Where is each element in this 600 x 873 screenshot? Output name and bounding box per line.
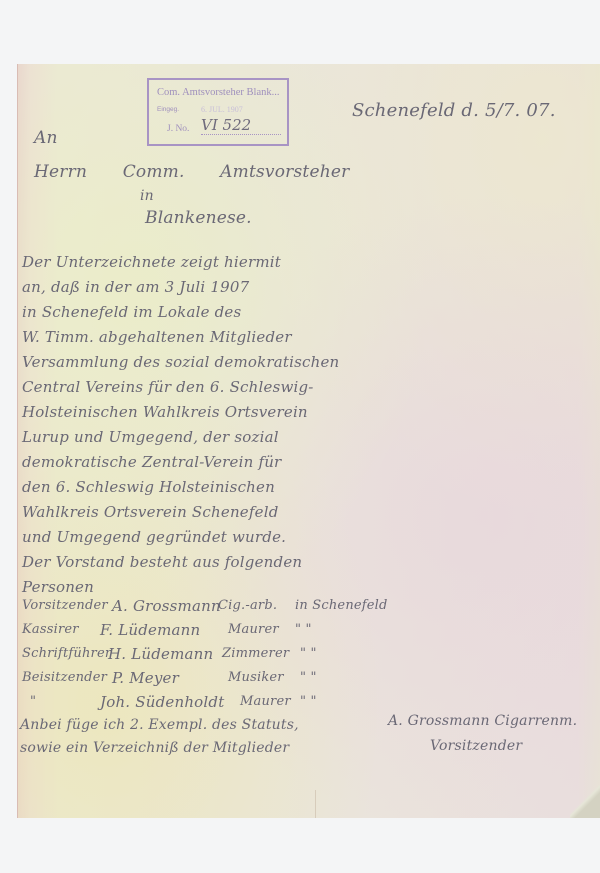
recipient-line-2: Herrn Comm. Amtsvorsteher [34, 162, 349, 182]
member-name: A. Grossmann [112, 597, 221, 615]
body-line: Holsteinischen Wahlkreis Ortsverein [22, 403, 308, 421]
signature-title: Vorsitzender [430, 738, 522, 754]
member-name: Joh. Südenholdt [100, 693, 224, 711]
member-place: in Schenefeld [295, 598, 388, 613]
body-line: den 6. Schleswig Holsteinischen [22, 478, 275, 496]
recipient-line-1: An [34, 128, 58, 148]
stamp-journal-number: VI 522 [201, 116, 281, 135]
body-line: an, daß in der am 3 Juli 1907 [22, 278, 249, 296]
body-line: Der Unterzeichnete zeigt hiermit [22, 253, 281, 271]
body-line: in Schenefeld im Lokale des [22, 303, 241, 321]
body-line: Central Vereins für den 6. Schleswig- [22, 378, 314, 396]
member-role: " [30, 694, 36, 709]
signature-name: A. Grossmann Cigarrenm. [388, 713, 577, 729]
body-line: Versammlung des sozial demokratischen [22, 353, 339, 371]
body-line: Der Vorstand besteht aus folgenden [22, 553, 302, 571]
member-occupation: Musiker [228, 670, 284, 685]
body-line: und Umgegend gegründet wurde. [22, 528, 286, 546]
member-name: P. Meyer [112, 669, 179, 687]
closing-line: Anbei füge ich 2. Exempl. des Statuts, [20, 717, 299, 733]
body-line: Personen [22, 578, 94, 596]
body-line: demokratische Zentral-Verein für [22, 453, 281, 471]
member-name: F. Lüdemann [100, 621, 200, 639]
body-line: W. Timm. abgehaltenen Mitglieder [22, 328, 292, 346]
member-place: " " [300, 646, 317, 661]
member-occupation: Maurer [240, 694, 291, 709]
member-occupation: Maurer [228, 622, 279, 637]
recipient-line-4: Blankenese. [145, 208, 252, 228]
stamp-received-label: Eingeg. [157, 106, 179, 113]
stamp-office: Com. Amtsvorsteher Blank... [157, 87, 280, 98]
paper-corner-tear [570, 785, 600, 818]
member-name: H. Lüdemann [108, 645, 213, 663]
closing-line: sowie ein Verzeichniß der Mitglieder [20, 740, 289, 756]
place-date: Schenefeld d. 5/7. 07. [352, 100, 556, 121]
member-role: Vorsitzender [22, 598, 108, 613]
member-occupation: Cig.-arb. [218, 598, 277, 613]
body-line: Wahlkreis Ortsverein Schenefeld [22, 503, 279, 521]
stamp-received-date: 6. JUL. 1907 [201, 105, 243, 114]
member-role: Schriftführer [22, 646, 111, 661]
member-place: " " [300, 670, 317, 685]
member-place: " " [295, 622, 312, 637]
stamp-journal-label: J. No. [167, 124, 189, 134]
member-place: " " [300, 694, 317, 709]
receipt-stamp: Com. Amtsvorsteher Blank... Eingeg. 6. J… [147, 78, 289, 146]
member-role: Beisitzender [22, 670, 107, 685]
recipient-line-3: in [140, 188, 154, 204]
member-occupation: Zimmerer [222, 646, 289, 661]
body-line: Lurup und Umgegend, der sozial [22, 428, 279, 446]
paper-fold [315, 790, 316, 818]
member-role: Kassirer [22, 622, 79, 637]
